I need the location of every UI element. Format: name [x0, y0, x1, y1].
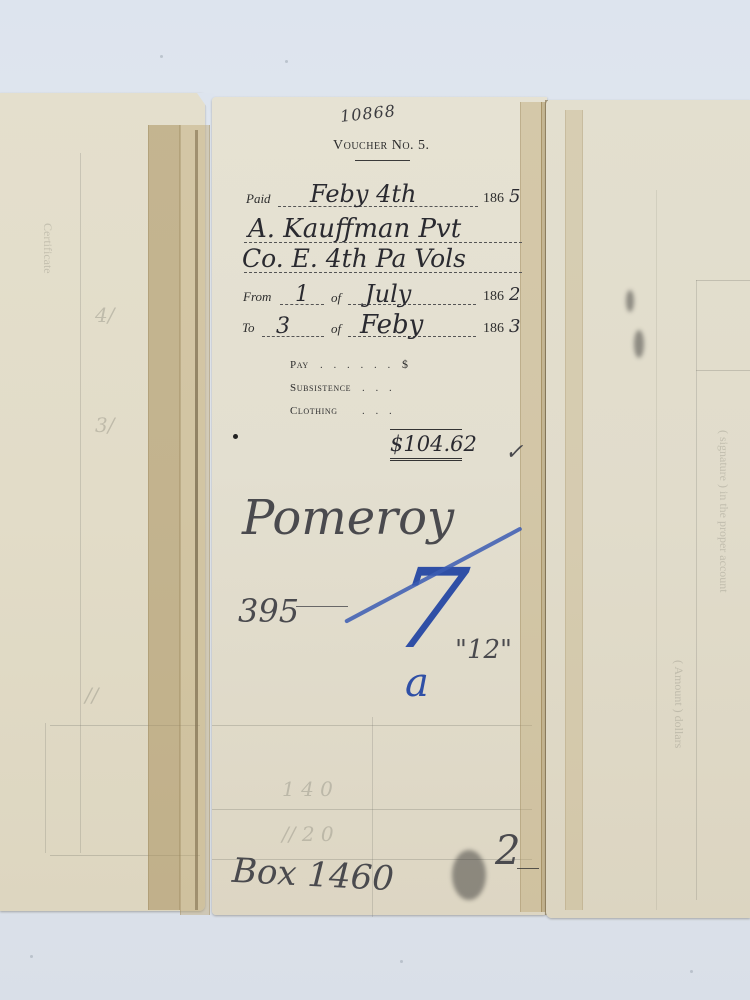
from-month: July — [365, 280, 411, 308]
ledger-rule — [212, 809, 532, 810]
paid-year-printed: 186 — [483, 191, 504, 207]
ledger-rule — [656, 190, 657, 910]
payee-name: A. Kauffman Pvt — [248, 214, 461, 244]
corner-dash — [517, 868, 539, 869]
tape-strip — [148, 125, 180, 910]
pencil-smudge — [452, 850, 486, 900]
check-mark: ✓ — [505, 440, 523, 465]
paid-label: Paid — [246, 191, 271, 207]
box-note: Box 1460 — [231, 851, 395, 899]
paid-year-digit: 5 — [509, 186, 520, 207]
clothing-dots: . . . — [362, 405, 396, 417]
punch-dot — [233, 434, 238, 439]
voucher-title: Voucher No. 5. — [333, 138, 430, 154]
backdrop-speck — [400, 960, 403, 963]
ledger-rule — [696, 280, 697, 900]
bleed-through-text: Certificate — [40, 223, 55, 274]
subsistence-label: Subsistence — [290, 382, 351, 394]
pay-label: Pay — [290, 359, 309, 371]
to-label: To — [242, 320, 255, 336]
to-month: Feby — [360, 310, 423, 340]
total-underline — [390, 458, 462, 461]
ink-blot — [634, 330, 644, 358]
from-year-printed: 186 — [483, 289, 504, 305]
bleed-through-mark: 4/ — [95, 303, 114, 327]
from-year-digit: 2 — [509, 284, 520, 305]
total-amount: $104.62 — [390, 432, 477, 456]
pencil-dash — [296, 606, 348, 607]
blue-crayon-letter: a — [405, 660, 429, 706]
from-of-label: of — [331, 290, 341, 306]
clothing-label: Clothing — [290, 405, 338, 417]
to-day-dotted — [262, 336, 324, 337]
to-day: 3 — [276, 314, 290, 339]
backdrop-speck — [160, 55, 163, 58]
from-day: 1 — [295, 282, 309, 307]
pay-currency: $ — [402, 357, 408, 372]
fold-crease — [195, 130, 198, 910]
bleed-through-mark: 3/ — [95, 413, 114, 437]
subsistence-dots: . . . — [362, 382, 396, 394]
to-year-printed: 186 — [483, 321, 504, 337]
pay-dots: . . . . . . — [320, 359, 394, 371]
payee-unit: Co. E. 4th Pa Vols — [242, 244, 466, 273]
backdrop-speck — [30, 955, 33, 958]
bleed-through-text: ( Amount ) dollars — [671, 660, 686, 748]
bleed-through-text: ( signature ) in the proper account — [716, 430, 731, 593]
to-year-digit: 3 — [509, 316, 520, 337]
pencil-number: 395 — [238, 592, 299, 630]
title-underline — [355, 160, 410, 161]
ledger-rule — [212, 725, 532, 726]
signature-pomeroy: Pomeroy — [242, 490, 454, 546]
payee-line2-dotted — [244, 272, 522, 273]
tape-strip — [565, 110, 583, 910]
backdrop-speck — [285, 60, 288, 63]
backdrop-speck — [690, 970, 693, 973]
pencil-measure: "12" — [455, 635, 512, 665]
ledger-rule — [696, 370, 750, 371]
from-label: From — [243, 289, 271, 305]
ledger-rule — [45, 723, 46, 853]
ledger-rule — [696, 280, 750, 281]
bleed-through-mark: // 2 0 — [282, 822, 334, 846]
ink-blot — [626, 290, 634, 312]
paid-date: Feby 4th — [310, 180, 416, 208]
ledger-rule — [80, 153, 81, 853]
total-overline — [390, 429, 462, 430]
to-of-label: of — [331, 321, 341, 337]
tape-strip — [520, 102, 542, 912]
bleed-through-mark: // — [85, 683, 98, 707]
payee-line1-dotted — [244, 242, 522, 243]
bleed-through-mark: 1 4 0 — [282, 777, 333, 801]
